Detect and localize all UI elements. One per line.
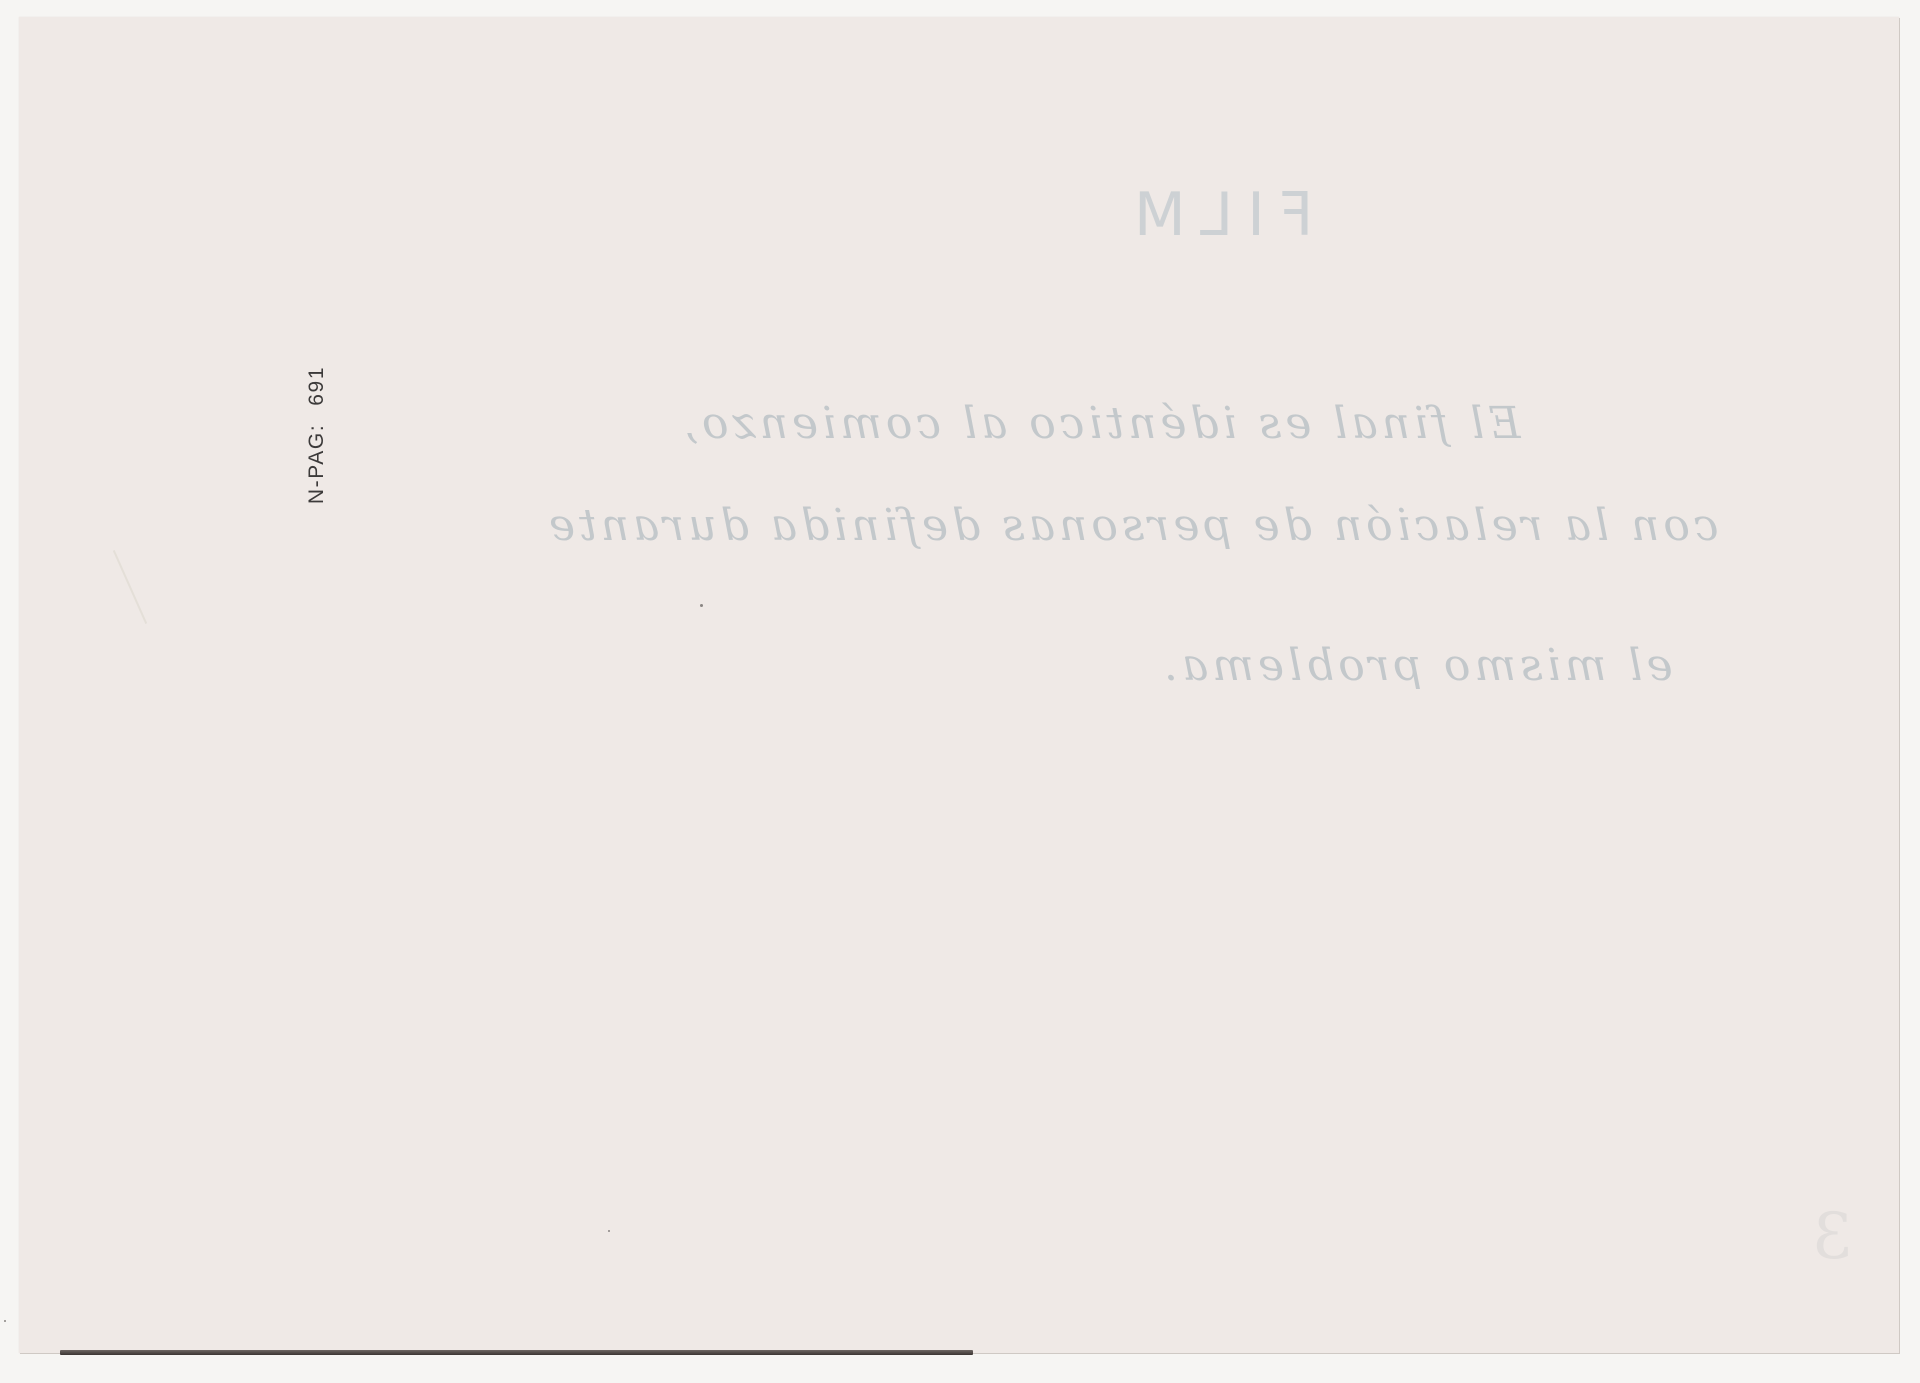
paper-speck — [608, 1230, 610, 1232]
show-through-corner-number: 3 — [1812, 1200, 1853, 1274]
paper-speck — [700, 604, 703, 607]
show-through-title: FILM — [1120, 180, 1313, 250]
paper-speck — [4, 1320, 6, 1322]
stamp-value: 691 — [305, 366, 328, 406]
show-through-line-3: el mismo problema. — [1160, 640, 1673, 691]
bottom-edge-shadow — [60, 1350, 973, 1355]
paper-crease-mark — [113, 550, 147, 624]
stamp-label: N-PAG: — [305, 424, 328, 504]
show-through-line-1: El final es idéntico al comienzo, — [680, 398, 1521, 449]
page-number-stamp: N-PAG:691 — [281, 366, 329, 519]
show-through-line-2: con la relación de personas definida dur… — [545, 500, 1718, 551]
